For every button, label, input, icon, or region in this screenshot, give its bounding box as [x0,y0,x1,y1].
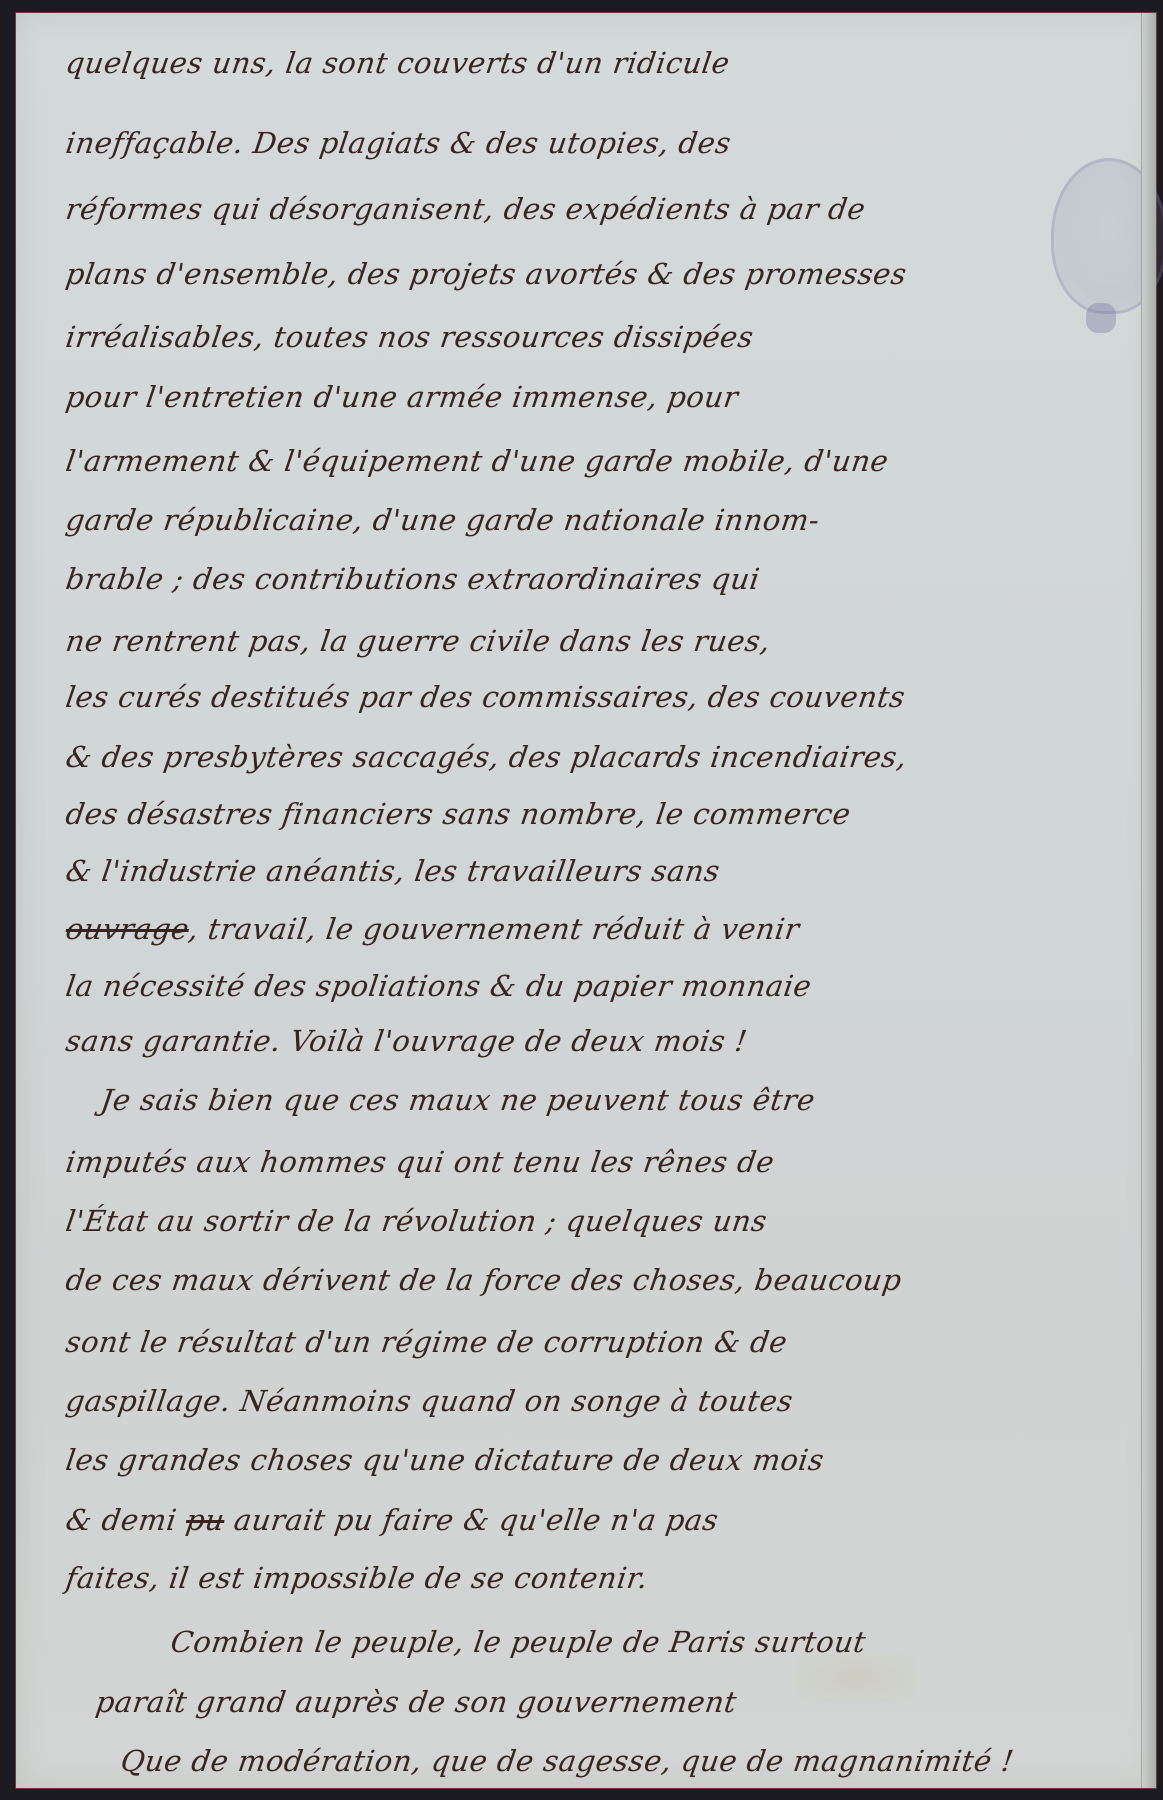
page-edge [1141,13,1156,1788]
manuscript-line: pour l'entretien d'une armée immense, po… [64,380,741,414]
manuscript-line: l'État au sortir de la révolution ; quel… [64,1204,770,1238]
manuscript-line: la nécessité des spoliations & du papier… [64,969,814,1003]
manuscript-line: irréalisables, toutes nos ressources dis… [64,320,756,354]
manuscript-line: l'armement & l'équipement d'une garde mo… [64,444,891,478]
manuscript-line: ouvrage, travail, le gouvernement réduit… [64,912,802,946]
struck-word: ouvrage [64,912,192,946]
manuscript-line: sont le résultat d'un régime de corrupti… [64,1325,790,1359]
manuscript-line: & l'industrie anéantis, les travailleurs… [64,854,723,888]
manuscript-line: de ces maux dérivent de la force des cho… [64,1263,904,1297]
manuscript-page: quelques uns, la sont couverts d'un ridi… [15,12,1157,1789]
manuscript-line: Que de modération, que de sagesse, que d… [119,1744,1017,1778]
manuscript-line: sans garantie. Voilà l'ouvrage de deux m… [64,1024,750,1058]
manuscript-line: brable ; des contributions extraordinair… [64,562,762,596]
manuscript-line: plans d'ensemble, des projets avortés & … [64,257,909,291]
manuscript-line: Je sais bien que ces maux ne peuvent tou… [99,1083,818,1117]
manuscript-line: & des presbytères saccagés, des placards… [64,740,910,774]
manuscript-line: gaspillage. Néanmoins quand on songe à t… [64,1384,796,1418]
manuscript-line: les grandes choses qu'une dictature de d… [64,1443,827,1477]
manuscript-line: & demi pu aurait pu faire & qu'elle n'a … [64,1503,721,1537]
manuscript-line: paraît grand auprès de son gouvernement [94,1685,739,1719]
manuscript-line: les curés destitués par des commissaires… [64,680,908,714]
manuscript-line: quelques uns, la sont couverts d'un ridi… [64,46,732,80]
manuscript-line: des désastres financiers sans nombre, le… [64,797,853,831]
manuscript-line: ne rentrent pas, la guerre civile dans l… [64,624,773,658]
manuscript-line: garde républicaine, d'une garde national… [64,503,822,537]
struck-word: pu [184,1503,227,1537]
manuscript-line: Combien le peuple, le peuple de Paris su… [169,1625,869,1659]
manuscript-line: ineffaçable. Des plagiats & des utopies,… [64,126,734,160]
manuscript-line: faites, il est impossible de se contenir… [64,1561,651,1595]
manuscript-line: imputés aux hommes qui ont tenu les rêne… [64,1145,777,1179]
manuscript-line: réformes qui désorganisent, des expédien… [64,192,868,226]
stamp-ink-blot [1086,303,1116,333]
paper-stain [796,1653,916,1703]
